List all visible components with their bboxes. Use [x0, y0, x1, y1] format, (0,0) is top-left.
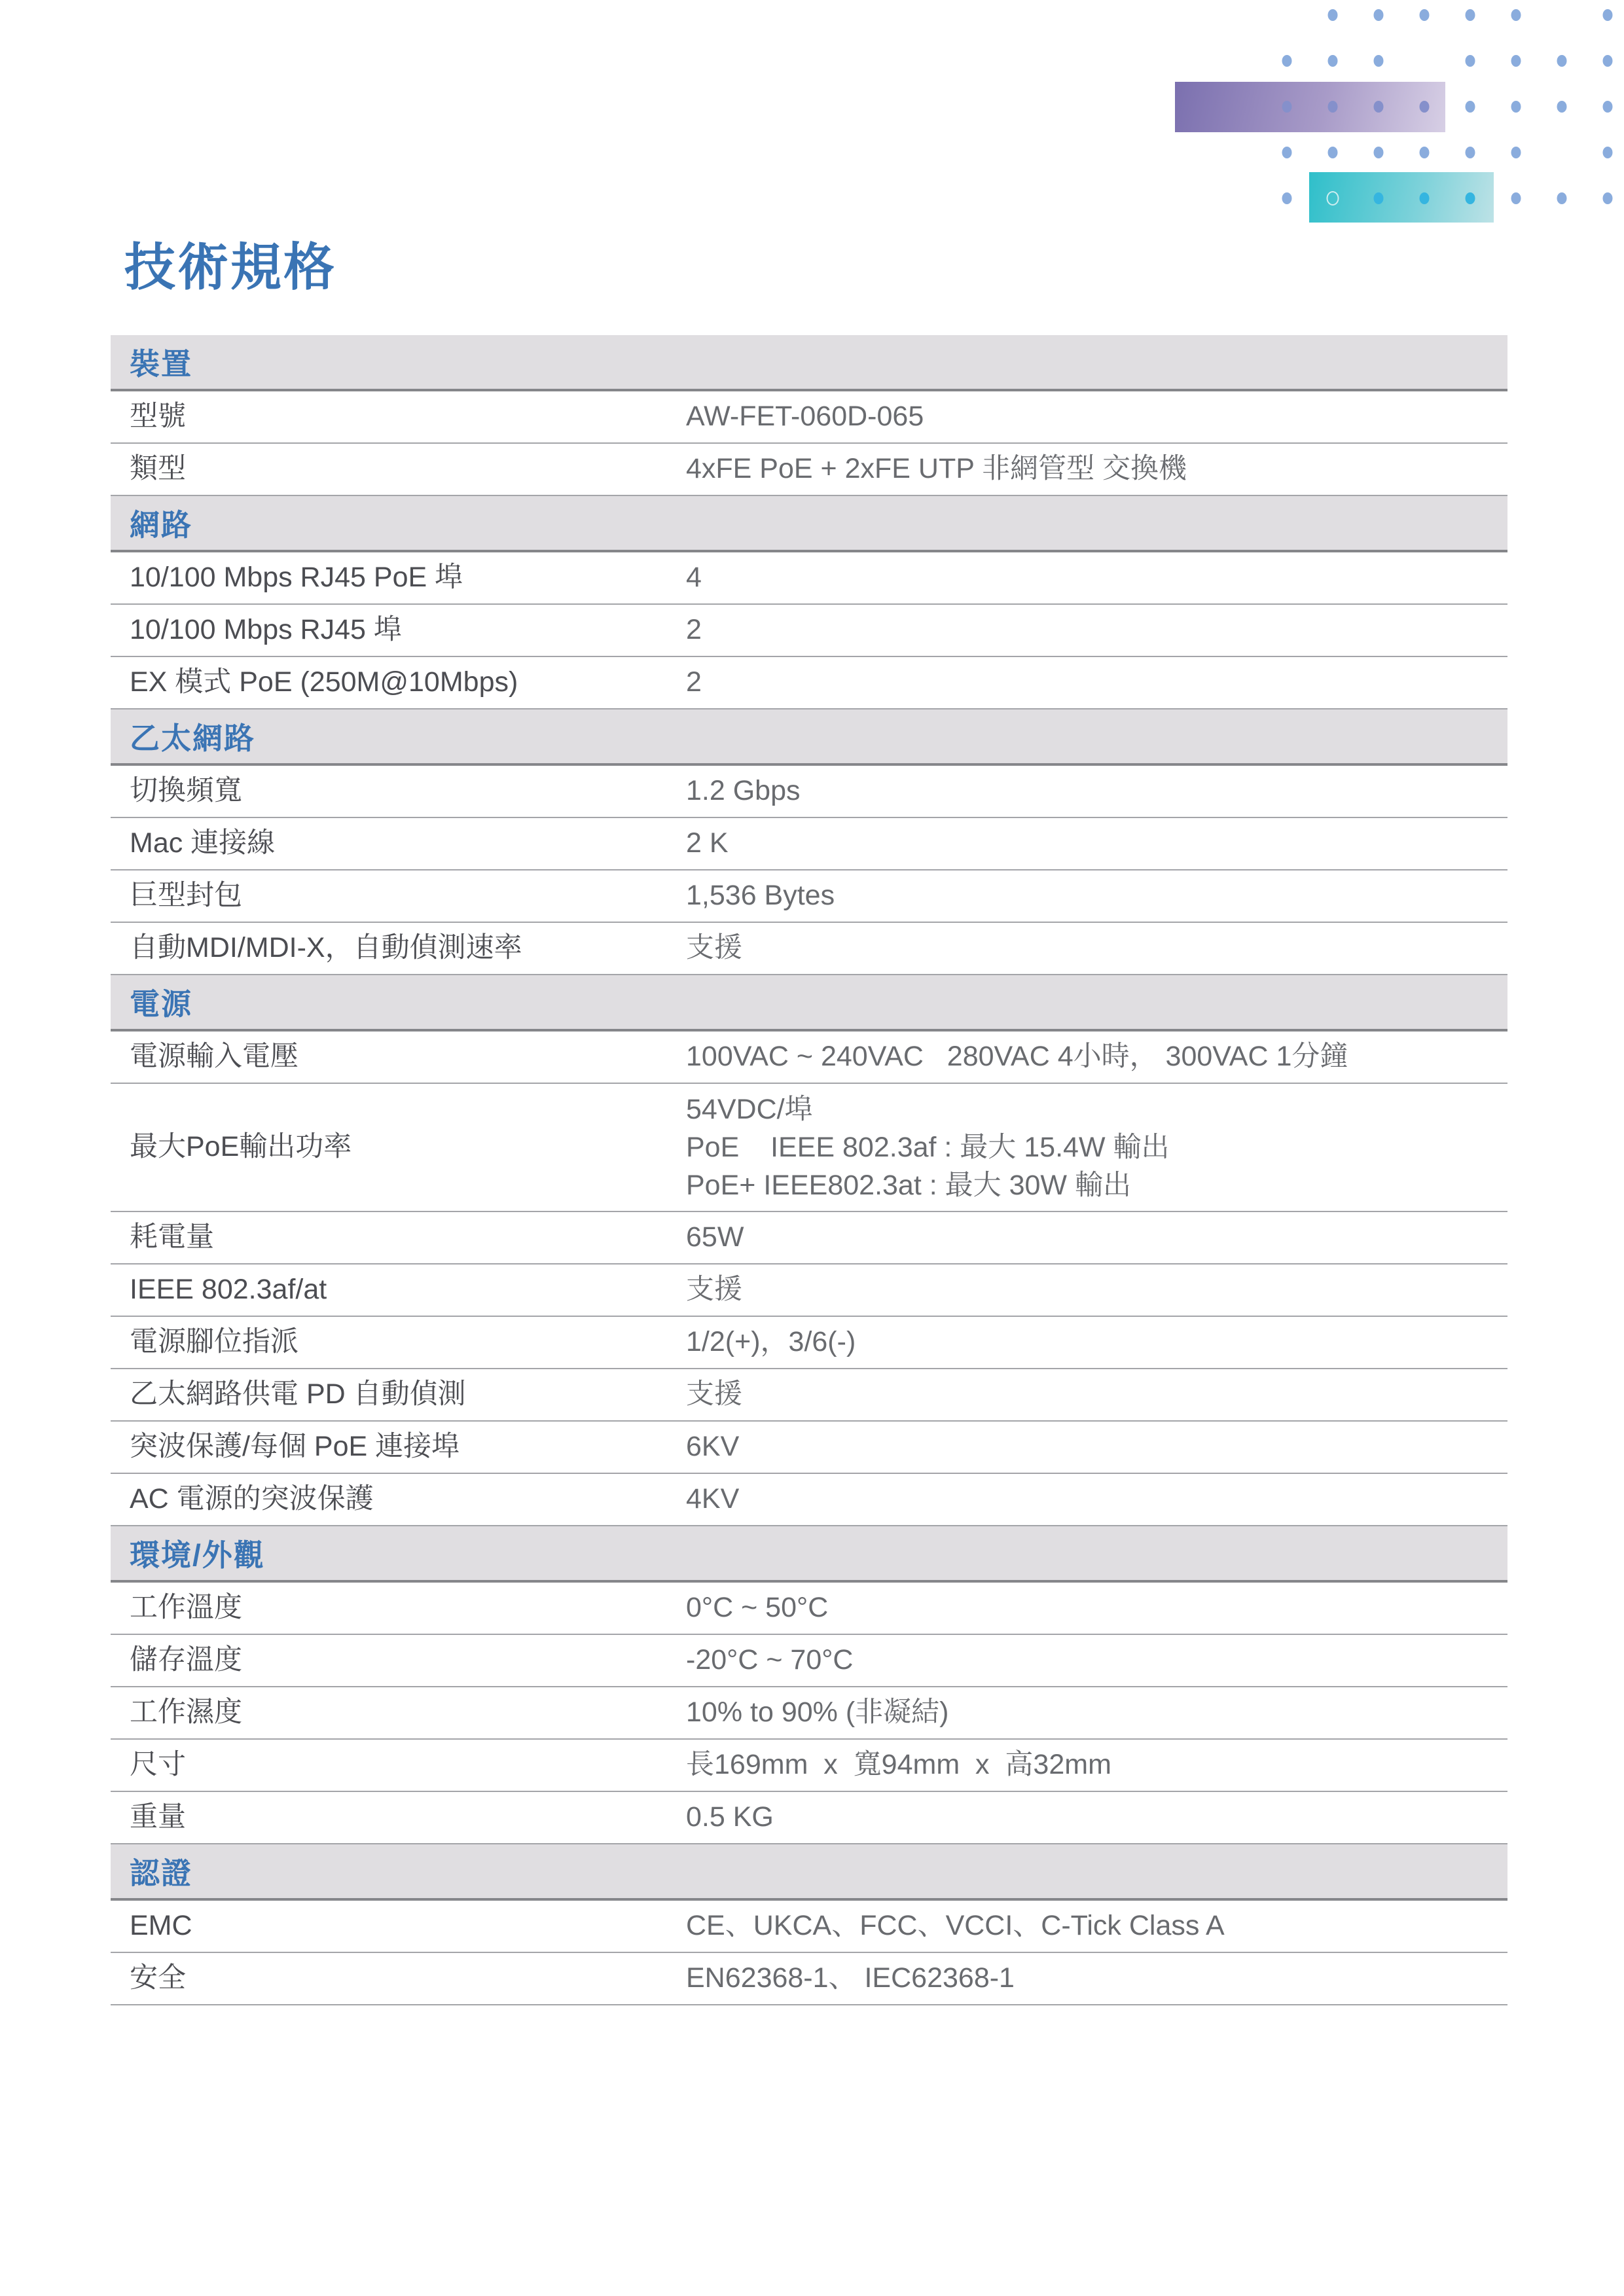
deco-dot	[1466, 147, 1475, 158]
section-title: 乙太網路	[130, 715, 255, 758]
spec-label: 電源腳位指派	[111, 1324, 686, 1361]
spec-row: EMCCE、UKCA、FCC、VCCI、C-Tick Class A	[111, 1901, 1507, 1953]
spec-label: 儲存溫度	[111, 1642, 686, 1679]
spec-value: AW-FET-060D-065	[686, 399, 1507, 435]
deco-dot	[1557, 192, 1567, 204]
spec-label: IEEE 802.3af/at	[111, 1272, 686, 1308]
spec-label: 10/100 Mbps RJ45 埠	[111, 612, 686, 649]
section-header: 網路	[111, 496, 1507, 552]
spec-value-line: PoE+ IEEE802.3at : 最大 30W 輸出	[686, 1166, 1492, 1204]
deco-dot	[1603, 9, 1613, 21]
deco-dot	[1466, 9, 1475, 21]
spec-value: 10% to 90% (非凝結)	[686, 1695, 1507, 1731]
deco-dot	[1374, 9, 1384, 21]
spec-value: 支援	[686, 1376, 1507, 1413]
spec-value: 支援	[686, 930, 1507, 967]
deco-dot	[1511, 147, 1521, 158]
spec-row: 10/100 Mbps RJ45 PoE 埠4	[111, 552, 1507, 605]
spec-row: 10/100 Mbps RJ45 埠2	[111, 605, 1507, 657]
spec-row: 電源腳位指派1/2(+)，3/6(-)	[111, 1317, 1507, 1369]
spec-value: 4	[686, 560, 1507, 596]
spec-value: 4KV	[686, 1481, 1507, 1518]
datasheet-page: 技術規格 裝置型號AW-FET-060D-065類型4xFE PoE + 2xF…	[0, 0, 1624, 2296]
spec-label: 切換頻寬	[111, 773, 686, 810]
spec-row: 儲存溫度-20°C ~ 70°C	[111, 1635, 1507, 1687]
spec-label: 自動MDI/MDI-X，自動偵測速率	[111, 930, 686, 967]
deco-dot	[1282, 55, 1292, 67]
section-title: 裝置	[130, 340, 192, 384]
spec-value: 1.2 Gbps	[686, 773, 1507, 810]
spec-row: IEEE 802.3af/at支援	[111, 1265, 1507, 1317]
spec-label: 安全	[111, 1960, 686, 1997]
spec-label: Mac 連接線	[111, 825, 686, 862]
section-title: 網路	[130, 501, 192, 545]
section-header: 乙太網路	[111, 709, 1507, 766]
spec-value: 2	[686, 664, 1507, 701]
spec-value: 54VDC/埠PoE IEEE 802.3af : 最大 15.4W 輸出PoE…	[686, 1090, 1507, 1204]
spec-value: 2	[686, 612, 1507, 649]
section-header: 認證	[111, 1844, 1507, 1901]
spec-label: 最大PoE輸出功率	[111, 1129, 686, 1166]
spec-row: 乙太網路供電 PD 自動偵測支援	[111, 1369, 1507, 1422]
spec-value: 100VAC ~ 240VAC 280VAC 4小時， 300VAC 1分鐘	[686, 1039, 1507, 1075]
section-title: 認證	[130, 1850, 192, 1893]
spec-value-line: PoE IEEE 802.3af : 最大 15.4W 輸出	[686, 1128, 1492, 1166]
deco-dot	[1420, 147, 1430, 158]
spec-label: EX 模式 PoE (250M@10Mbps)	[111, 664, 686, 701]
spec-label: 工作溫度	[111, 1590, 686, 1626]
deco-dot	[1374, 55, 1384, 67]
deco-dot	[1282, 147, 1292, 158]
spec-row: 工作溫度0°C ~ 50°C	[111, 1583, 1507, 1635]
deco-dot	[1374, 101, 1384, 113]
spec-label: 重量	[111, 1799, 686, 1836]
purple-gradient-bar	[1175, 82, 1445, 132]
spec-value: 65W	[686, 1219, 1507, 1256]
spec-value: -20°C ~ 70°C	[686, 1642, 1507, 1679]
spec-value: 0.5 KG	[686, 1799, 1507, 1836]
spec-row: 尺寸長169mm x 寬94mm x 高32mm	[111, 1740, 1507, 1792]
deco-dot	[1420, 101, 1430, 113]
deco-dot	[1466, 55, 1475, 67]
spec-label: 類型	[111, 451, 686, 488]
spec-row: 切換頻寬1.2 Gbps	[111, 766, 1507, 818]
spec-value: 2 K	[686, 825, 1507, 862]
section-header: 裝置	[111, 335, 1507, 391]
spec-label: 電源輸入電壓	[111, 1039, 686, 1075]
section-title: 電源	[130, 980, 192, 1024]
spec-row: 突波保護/每個 PoE 連接埠6KV	[111, 1422, 1507, 1474]
spec-value: 長169mm x 寬94mm x 高32mm	[686, 1747, 1507, 1784]
deco-dot	[1374, 147, 1384, 158]
deco-dot	[1557, 55, 1567, 67]
spec-label: 乙太網路供電 PD 自動偵測	[111, 1376, 686, 1413]
deco-dot	[1603, 147, 1613, 158]
spec-label: AC 電源的突波保護	[111, 1481, 686, 1518]
deco-dot	[1328, 55, 1338, 67]
spec-label: 巨型封包	[111, 878, 686, 914]
spec-label: 突波保護/每個 PoE 連接埠	[111, 1429, 686, 1465]
deco-dot	[1328, 9, 1338, 21]
spec-row: 最大PoE輸出功率54VDC/埠PoE IEEE 802.3af : 最大 15…	[111, 1084, 1507, 1212]
spec-label: 尺寸	[111, 1747, 686, 1784]
section-header: 電源	[111, 975, 1507, 1031]
header-decoration	[0, 0, 1624, 275]
spec-row: 類型4xFE PoE + 2xFE UTP 非網管型 交換機	[111, 444, 1507, 496]
spec-row: 巨型封包1,536 Bytes	[111, 870, 1507, 923]
section-header: 環境/外觀	[111, 1526, 1507, 1583]
spec-row: EX 模式 PoE (250M@10Mbps)2	[111, 657, 1507, 709]
spec-value: 1,536 Bytes	[686, 878, 1507, 914]
deco-dot	[1603, 55, 1613, 67]
deco-dot	[1557, 101, 1567, 113]
spec-value: EN62368-1、 IEC62368-1	[686, 1960, 1507, 1997]
deco-dot	[1466, 101, 1475, 113]
spec-row: 耗電量65W	[111, 1212, 1507, 1265]
spec-row: AC 電源的突波保護4KV	[111, 1474, 1507, 1526]
deco-dot	[1603, 101, 1613, 113]
deco-dot	[1282, 101, 1292, 113]
deco-dot	[1327, 191, 1339, 206]
spec-row: 安全EN62368-1、 IEC62368-1	[111, 1953, 1507, 2005]
spec-value: 4xFE PoE + 2xFE UTP 非網管型 交換機	[686, 451, 1507, 488]
spec-value: 1/2(+)，3/6(-)	[686, 1324, 1507, 1361]
spec-value-line: 54VDC/埠	[686, 1090, 1492, 1128]
deco-dot	[1420, 9, 1430, 21]
spec-row: 型號AW-FET-060D-065	[111, 391, 1507, 444]
spec-table: 裝置型號AW-FET-060D-065類型4xFE PoE + 2xFE UTP…	[111, 335, 1507, 2005]
spec-row: 工作濕度10% to 90% (非凝結)	[111, 1687, 1507, 1740]
deco-dot	[1511, 55, 1521, 67]
spec-value: 支援	[686, 1272, 1507, 1308]
spec-row: 自動MDI/MDI-X，自動偵測速率支援	[111, 923, 1507, 975]
deco-dot	[1603, 192, 1613, 204]
spec-value: 6KV	[686, 1429, 1507, 1465]
deco-dot	[1466, 192, 1475, 204]
deco-dot	[1511, 9, 1521, 21]
spec-value: 0°C ~ 50°C	[686, 1590, 1507, 1626]
deco-dot	[1511, 101, 1521, 113]
spec-value: CE、UKCA、FCC、VCCI、C-Tick Class A	[686, 1908, 1507, 1945]
spec-row: Mac 連接線2 K	[111, 818, 1507, 870]
spec-label: 10/100 Mbps RJ45 PoE 埠	[111, 560, 686, 596]
deco-dot	[1328, 101, 1338, 113]
deco-dot	[1420, 192, 1430, 204]
deco-dot	[1282, 192, 1292, 204]
spec-label: EMC	[111, 1908, 686, 1945]
section-title: 環境/外觀	[130, 1532, 265, 1575]
deco-dot	[1511, 192, 1521, 204]
spec-row: 電源輸入電壓100VAC ~ 240VAC 280VAC 4小時， 300VAC…	[111, 1031, 1507, 1084]
page-title: 技術規格	[124, 240, 336, 296]
deco-dot	[1374, 192, 1384, 204]
spec-label: 工作濕度	[111, 1695, 686, 1731]
spec-label: 耗電量	[111, 1219, 686, 1256]
deco-dot	[1328, 147, 1338, 158]
spec-row: 重量0.5 KG	[111, 1792, 1507, 1844]
spec-label: 型號	[111, 399, 686, 435]
